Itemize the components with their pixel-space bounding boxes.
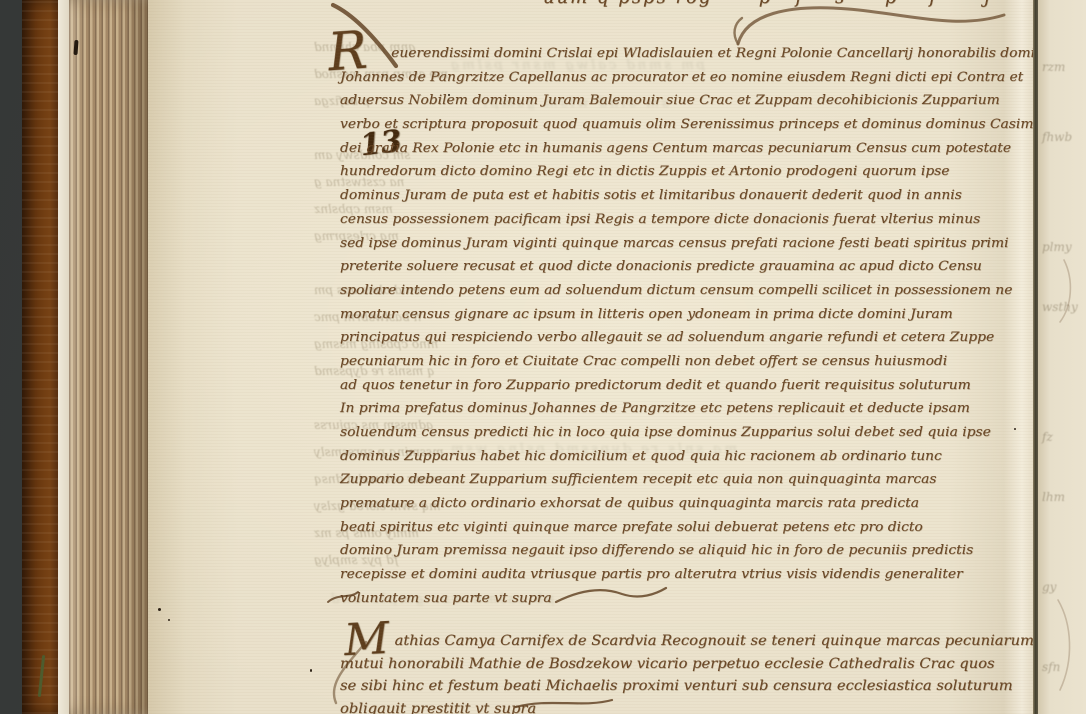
facing-text-fragment: plmy	[1042, 240, 1072, 254]
text-line: dominus Juram de puta est et habitis sot…	[340, 184, 1034, 208]
text-line: dominus Zupparius habet hic domicilium e…	[340, 445, 1034, 469]
text-line: pecuniarum hic in foro et Ciuitate Crac …	[340, 350, 1034, 374]
facing-text-fragment: fz	[1042, 430, 1053, 444]
text-line: mutui honorabili Mathie de Bosdzekow vic…	[340, 653, 1034, 676]
facing-text-fragment: fhwb	[1042, 130, 1072, 144]
book-spine-leather	[22, 0, 62, 714]
text-line: recepisse et domini audita vtriusque par…	[340, 563, 1034, 587]
text-line: dei gratia Rex Polonie etc in humanis ag…	[340, 137, 1034, 161]
text-line: premature a dicto ordinario exhorsat de …	[340, 492, 1034, 516]
text-line: In prima prefatus dominus Johannes de Pa…	[340, 397, 1034, 421]
text-line: verbo et scriptura proposuit quod quamui…	[340, 113, 1034, 137]
facing-page-edge: rzm fhwb plmy wsthy fz lhm gy sfn	[1038, 0, 1086, 714]
text-line: domino Juram premissa negauit ipso diffe…	[340, 539, 1034, 563]
text-line: soluendum census predicti hic in loco qu…	[340, 421, 1034, 445]
facing-text-fragment: wsthy	[1042, 300, 1078, 314]
top-cutoff-line: uum q psps rog p f s p f j	[543, 0, 992, 8]
facing-text-fragment: rzm	[1042, 60, 1065, 74]
paper-speck	[448, 94, 450, 96]
text-line: moratur census gignare ac ipsum in litte…	[340, 303, 1034, 327]
stacked-page-edges	[69, 0, 148, 714]
facing-text-fragment: lhm	[1042, 490, 1065, 504]
text-line: ad quos tenetur in foro Zuppario predict…	[340, 374, 1034, 398]
paper-speck	[158, 608, 161, 611]
text-line: Zuppario debeant Zupparium sufficientem …	[340, 468, 1034, 492]
text-line: principatus qui respiciendo verbo allega…	[340, 326, 1034, 350]
facing-text-fragment: sfn	[1042, 660, 1060, 674]
text-line: euerendissimi domini Crislai epi Wladisl…	[340, 42, 1034, 66]
text-line: voluntatem sua parte vt supra	[340, 587, 1034, 611]
text-line: sed ipse dominus Juram viginti quinque m…	[340, 232, 1034, 256]
text-line: obligauit prestitit vt supra	[340, 698, 1034, 714]
text-line: hundredorum dicto domino Regi etc in dic…	[340, 160, 1034, 184]
paragraph-2: athias Camya Carnifex de Scardvia Recogn…	[340, 630, 1034, 714]
text-line: Johannes de Pangrzitze Capellanus ac pro…	[340, 66, 1034, 90]
text-line: spoliare intendo petens eum ad soluendum…	[340, 279, 1034, 303]
text-line: aduersus Nobilem dominum Juram Balemouir…	[340, 89, 1034, 113]
text-line: preterite soluere recusat et quod dicte …	[340, 255, 1034, 279]
text-line: beati spiritus etc viginti quinque marce…	[340, 516, 1034, 540]
text-line: athias Camya Carnifex de Scardvia Recogn…	[340, 630, 1034, 653]
paragraph-1: euerendissimi domini Crislai epi Wladisl…	[340, 42, 1034, 611]
text-line: census possessionem pacificam ipsi Regis…	[340, 208, 1034, 232]
paper-speck	[310, 669, 312, 672]
text-line: se sibi hinc et festum beati Michaelis p…	[340, 675, 1034, 698]
paper-speck	[168, 619, 170, 621]
manuscript-scan: qnm pba chimnd mo asmp pzm mssnod p befi…	[0, 0, 1086, 714]
paper-speck	[1014, 428, 1016, 430]
manuscript-page: qnm pba chimnd mo asmp pzm mssnod p befi…	[148, 0, 1034, 714]
facing-text-fragment: gy	[1042, 580, 1056, 594]
